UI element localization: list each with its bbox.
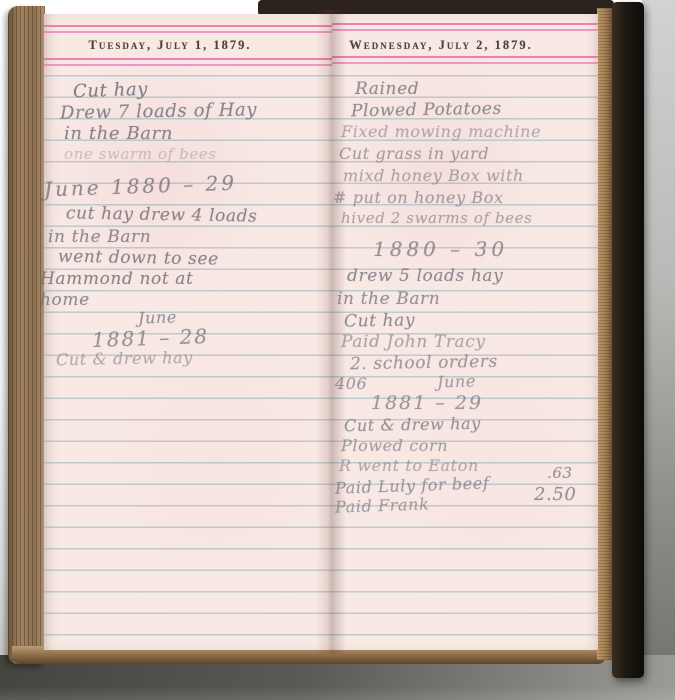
- handwriting-line: in the Barn: [337, 289, 440, 309]
- handwriting-line: Rained: [355, 79, 419, 99]
- handwriting-line: Cut grass in yard: [339, 144, 489, 163]
- handwriting-line: Drew 7 loads of Hay: [60, 99, 257, 123]
- pink-margin-rule: [44, 58, 332, 66]
- handwriting-line: Plowed corn: [341, 436, 448, 455]
- handwriting-line: Cut hay: [73, 79, 149, 103]
- handwriting-line: # put on honey Box: [333, 188, 504, 207]
- handwriting-line: in the Barn: [64, 123, 173, 144]
- handwriting-line: in the Barn: [48, 227, 151, 247]
- handwriting-line: R went to Eaton: [339, 456, 479, 475]
- pink-margin-rule: [332, 23, 598, 31]
- scanner-background: [642, 0, 675, 700]
- handwriting-line: Hammond not at: [40, 269, 193, 289]
- handwriting-line: Fixed mowing machine: [341, 122, 541, 141]
- handwriting-line: home: [40, 290, 90, 310]
- handwriting-line: went down to see: [58, 247, 219, 270]
- handwriting-line: 2. school orders: [350, 352, 498, 375]
- handwriting-line: mixd honey Box with: [343, 166, 524, 185]
- pink-margin-rule: [44, 25, 332, 33]
- handwriting-line: June: [437, 371, 477, 391]
- page-edges-right: [597, 8, 613, 660]
- diary-scan: Tuesday, July 1, 1879. Wednesday, July 2…: [0, 0, 675, 700]
- handwriting-line: Cut & drew hay: [344, 414, 481, 435]
- printed-date-header: Wednesday, July 2, 1879.: [308, 38, 574, 53]
- handwriting-line: hived 2 swarms of bees: [341, 209, 532, 227]
- handwriting-line: Cut & drew hay: [56, 348, 193, 369]
- handwriting-line: 1881 – 29: [371, 392, 483, 414]
- page-edges-left: [8, 6, 45, 664]
- book-cover-right: [612, 2, 644, 678]
- pink-margin-rule: [332, 56, 598, 64]
- handwriting-amount: 2.50: [534, 484, 576, 505]
- printed-date-header: Tuesday, July 1, 1879.: [26, 38, 314, 53]
- handwriting-line: 1880 – 30: [373, 237, 508, 261]
- handwriting-line: Paid John Tracy: [341, 332, 486, 352]
- handwriting-line: Paid Frank: [335, 494, 430, 516]
- scan-shadow-fade: [0, 686, 675, 700]
- handwriting-line: Cut hay: [344, 310, 415, 331]
- handwriting-line: drew 5 loads hay: [347, 266, 503, 286]
- handwriting-line: cut hay drew 4 loads: [66, 203, 258, 226]
- handwriting-amount: .63: [547, 464, 573, 482]
- handwriting-line: 406: [335, 374, 367, 393]
- handwriting-line: Plowed Potatoes: [351, 99, 502, 122]
- handwriting-line: one swarm of bees: [64, 145, 217, 163]
